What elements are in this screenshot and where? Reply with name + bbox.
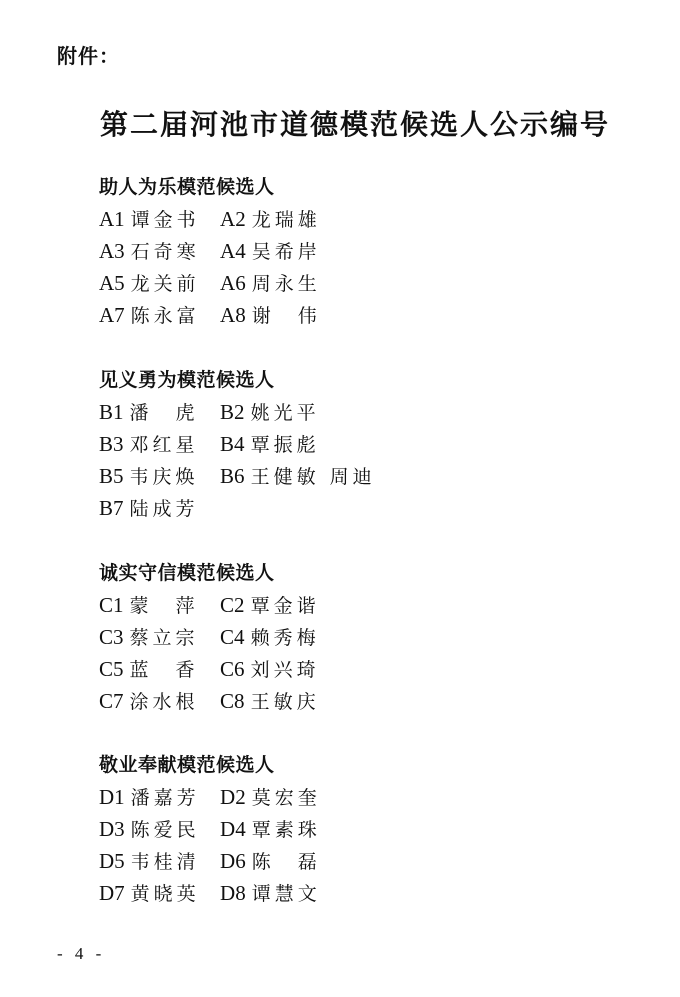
- candidate-entry: B1潘 虎: [99, 396, 214, 429]
- candidate-code: B3: [99, 432, 124, 456]
- candidate-name: 邓红星: [130, 434, 199, 456]
- candidate-entry: A5龙关前: [99, 267, 214, 300]
- candidate-code: A4: [220, 239, 246, 263]
- candidate-code: B2: [220, 400, 245, 424]
- section-title: 敬业奉献模范候选人: [99, 749, 321, 781]
- candidate-entry: C2覃金谐: [220, 589, 320, 622]
- candidate-code: C7: [99, 689, 124, 713]
- candidate-code: C5: [99, 657, 124, 681]
- candidate-name: 王健敏 周迪: [251, 466, 376, 488]
- section-helping-others: 助人为乐模范候选人 A1谭金书 A2龙瑞雄 A3石奇寒 A4吴希岸 A5龙关前 …: [99, 171, 321, 331]
- candidate-code: D7: [99, 881, 125, 905]
- candidate-entry: A1谭金书: [99, 203, 214, 236]
- candidate-row: B1潘 虎 B2姚光平: [99, 396, 376, 428]
- candidate-name: 谢 伟: [252, 305, 321, 327]
- candidate-code: C8: [220, 689, 245, 713]
- candidate-entry: D4覃素珠: [220, 813, 321, 846]
- candidate-row: B7陆成芳: [99, 492, 376, 524]
- candidate-code: A1: [99, 207, 125, 231]
- candidate-entry: D5韦桂清: [99, 845, 214, 878]
- candidate-entry: D8谭慧文: [220, 877, 321, 910]
- candidate-code: D3: [99, 817, 125, 841]
- candidate-code: C2: [220, 593, 245, 617]
- candidate-name: 姚光平: [251, 402, 320, 424]
- section-title: 见义勇为模范候选人: [99, 364, 376, 396]
- candidate-entry: C6刘兴琦: [220, 653, 320, 686]
- candidate-row: D5韦桂清 D6陈 磊: [99, 845, 321, 877]
- candidate-name: 石奇寒: [131, 241, 200, 263]
- candidate-row: D3陈爱民 D4覃素珠: [99, 813, 321, 845]
- candidate-name: 莫宏奎: [252, 787, 321, 809]
- candidate-entry: C3蔡立宗: [99, 621, 214, 654]
- candidate-name: 蓝 香: [130, 659, 199, 681]
- candidate-code: C6: [220, 657, 245, 681]
- candidate-row: C3蔡立宗 C4赖秀梅: [99, 621, 320, 653]
- candidate-entry: C1蒙 萍: [99, 589, 214, 622]
- candidate-code: D6: [220, 849, 246, 873]
- candidate-name: 黄晓英: [131, 883, 200, 905]
- candidate-code: A7: [99, 303, 125, 327]
- candidate-code: B5: [99, 464, 124, 488]
- candidate-name: 谭慧文: [252, 883, 321, 905]
- candidate-entry: A8谢 伟: [220, 299, 321, 332]
- candidate-entry: A6周永生: [220, 267, 321, 300]
- candidate-code: D8: [220, 881, 246, 905]
- candidate-entry: B4覃振彪: [220, 428, 320, 461]
- candidate-name: 涂水根: [130, 691, 199, 713]
- candidate-name: 韦桂清: [131, 851, 200, 873]
- section-title: 助人为乐模范候选人: [99, 171, 321, 203]
- candidate-code: A2: [220, 207, 246, 231]
- candidate-code: B4: [220, 432, 245, 456]
- attachment-label: 附件：: [57, 40, 120, 69]
- candidate-name: 覃素珠: [252, 819, 321, 841]
- candidate-entry: B7陆成芳: [99, 492, 214, 525]
- candidate-row: A7陈永富 A8谢 伟: [99, 299, 321, 331]
- candidate-name: 潘 虎: [130, 402, 199, 424]
- candidate-entry: C5蓝 香: [99, 653, 214, 686]
- candidate-name: 龙瑞雄: [252, 209, 321, 231]
- candidate-row: D7黄晓英 D8谭慧文: [99, 877, 321, 909]
- candidate-entry: A7陈永富: [99, 299, 214, 332]
- candidate-name: 蔡立宗: [130, 627, 199, 649]
- candidate-name: 龙关前: [131, 273, 200, 295]
- candidate-entry: D7黄晓英: [99, 877, 214, 910]
- page-number: - 4 -: [57, 944, 105, 964]
- candidate-code: B1: [99, 400, 124, 424]
- candidate-code: D4: [220, 817, 246, 841]
- candidate-name: 陈爱民: [131, 819, 200, 841]
- candidate-entry: C4赖秀梅: [220, 621, 320, 654]
- candidate-row: D1潘嘉芳 D2莫宏奎: [99, 781, 321, 813]
- section-honesty: 诚实守信模范候选人 C1蒙 萍 C2覃金谐 C3蔡立宗 C4赖秀梅 C5蓝 香 …: [99, 557, 320, 717]
- candidate-entry: A2龙瑞雄: [220, 203, 321, 236]
- candidate-code: B7: [99, 496, 124, 520]
- candidate-name: 陆成芳: [130, 498, 199, 520]
- candidate-name: 吴希岸: [252, 241, 321, 263]
- candidate-entry: D2莫宏奎: [220, 781, 321, 814]
- candidate-row: C1蒙 萍 C2覃金谐: [99, 589, 320, 621]
- candidate-row: A1谭金书 A2龙瑞雄: [99, 203, 321, 235]
- candidate-name: 王敏庆: [251, 691, 320, 713]
- candidate-code: C4: [220, 625, 245, 649]
- candidate-entry: B3邓红星: [99, 428, 214, 461]
- candidate-code: D2: [220, 785, 246, 809]
- section-title: 诚实守信模范候选人: [99, 557, 320, 589]
- candidate-entry: A4吴希岸: [220, 235, 321, 268]
- candidate-code: B6: [220, 464, 245, 488]
- document-title: 第二届河池市道德模范候选人公示编号: [0, 103, 680, 143]
- candidate-row: A5龙关前 A6周永生: [99, 267, 321, 299]
- candidate-name: 陈永富: [131, 305, 200, 327]
- candidate-entry: B5韦庆焕: [99, 460, 214, 493]
- candidate-name: 覃金谐: [251, 595, 320, 617]
- candidate-code: A8: [220, 303, 246, 327]
- candidate-row: C7涂水根 C8王敏庆: [99, 685, 320, 717]
- candidate-code: A6: [220, 271, 246, 295]
- section-bravery: 见义勇为模范候选人 B1潘 虎 B2姚光平 B3邓红星 B4覃振彪 B5韦庆焕 …: [99, 364, 376, 524]
- candidate-entry: A3石奇寒: [99, 235, 214, 268]
- candidate-row: B5韦庆焕 B6王健敏 周迪: [99, 460, 376, 492]
- candidate-name: 韦庆焕: [130, 466, 199, 488]
- candidate-code: C1: [99, 593, 124, 617]
- candidate-name: 蒙 萍: [130, 595, 199, 617]
- candidate-entry: C7涂水根: [99, 685, 214, 718]
- candidate-name: 谭金书: [131, 209, 200, 231]
- candidate-code: D5: [99, 849, 125, 873]
- candidate-name: 覃振彪: [251, 434, 320, 456]
- candidate-name: 潘嘉芳: [131, 787, 200, 809]
- candidate-entry: B2姚光平: [220, 396, 320, 429]
- candidate-code: A5: [99, 271, 125, 295]
- candidate-code: D1: [99, 785, 125, 809]
- candidate-row: C5蓝 香 C6刘兴琦: [99, 653, 320, 685]
- candidate-entry: B6王健敏 周迪: [220, 460, 376, 493]
- candidate-name: 赖秀梅: [251, 627, 320, 649]
- candidate-entry: D1潘嘉芳: [99, 781, 214, 814]
- candidate-code: C3: [99, 625, 124, 649]
- section-dedication: 敬业奉献模范候选人 D1潘嘉芳 D2莫宏奎 D3陈爱民 D4覃素珠 D5韦桂清 …: [99, 749, 321, 909]
- candidate-name: 周永生: [252, 273, 321, 295]
- candidate-row: A3石奇寒 A4吴希岸: [99, 235, 321, 267]
- candidate-entry: D3陈爱民: [99, 813, 214, 846]
- candidate-name: 陈 磊: [252, 851, 321, 873]
- candidate-entry: C8王敏庆: [220, 685, 320, 718]
- candidate-name: 刘兴琦: [251, 659, 320, 681]
- candidate-entry: D6陈 磊: [220, 845, 321, 878]
- candidate-row: B3邓红星 B4覃振彪: [99, 428, 376, 460]
- candidate-code: A3: [99, 239, 125, 263]
